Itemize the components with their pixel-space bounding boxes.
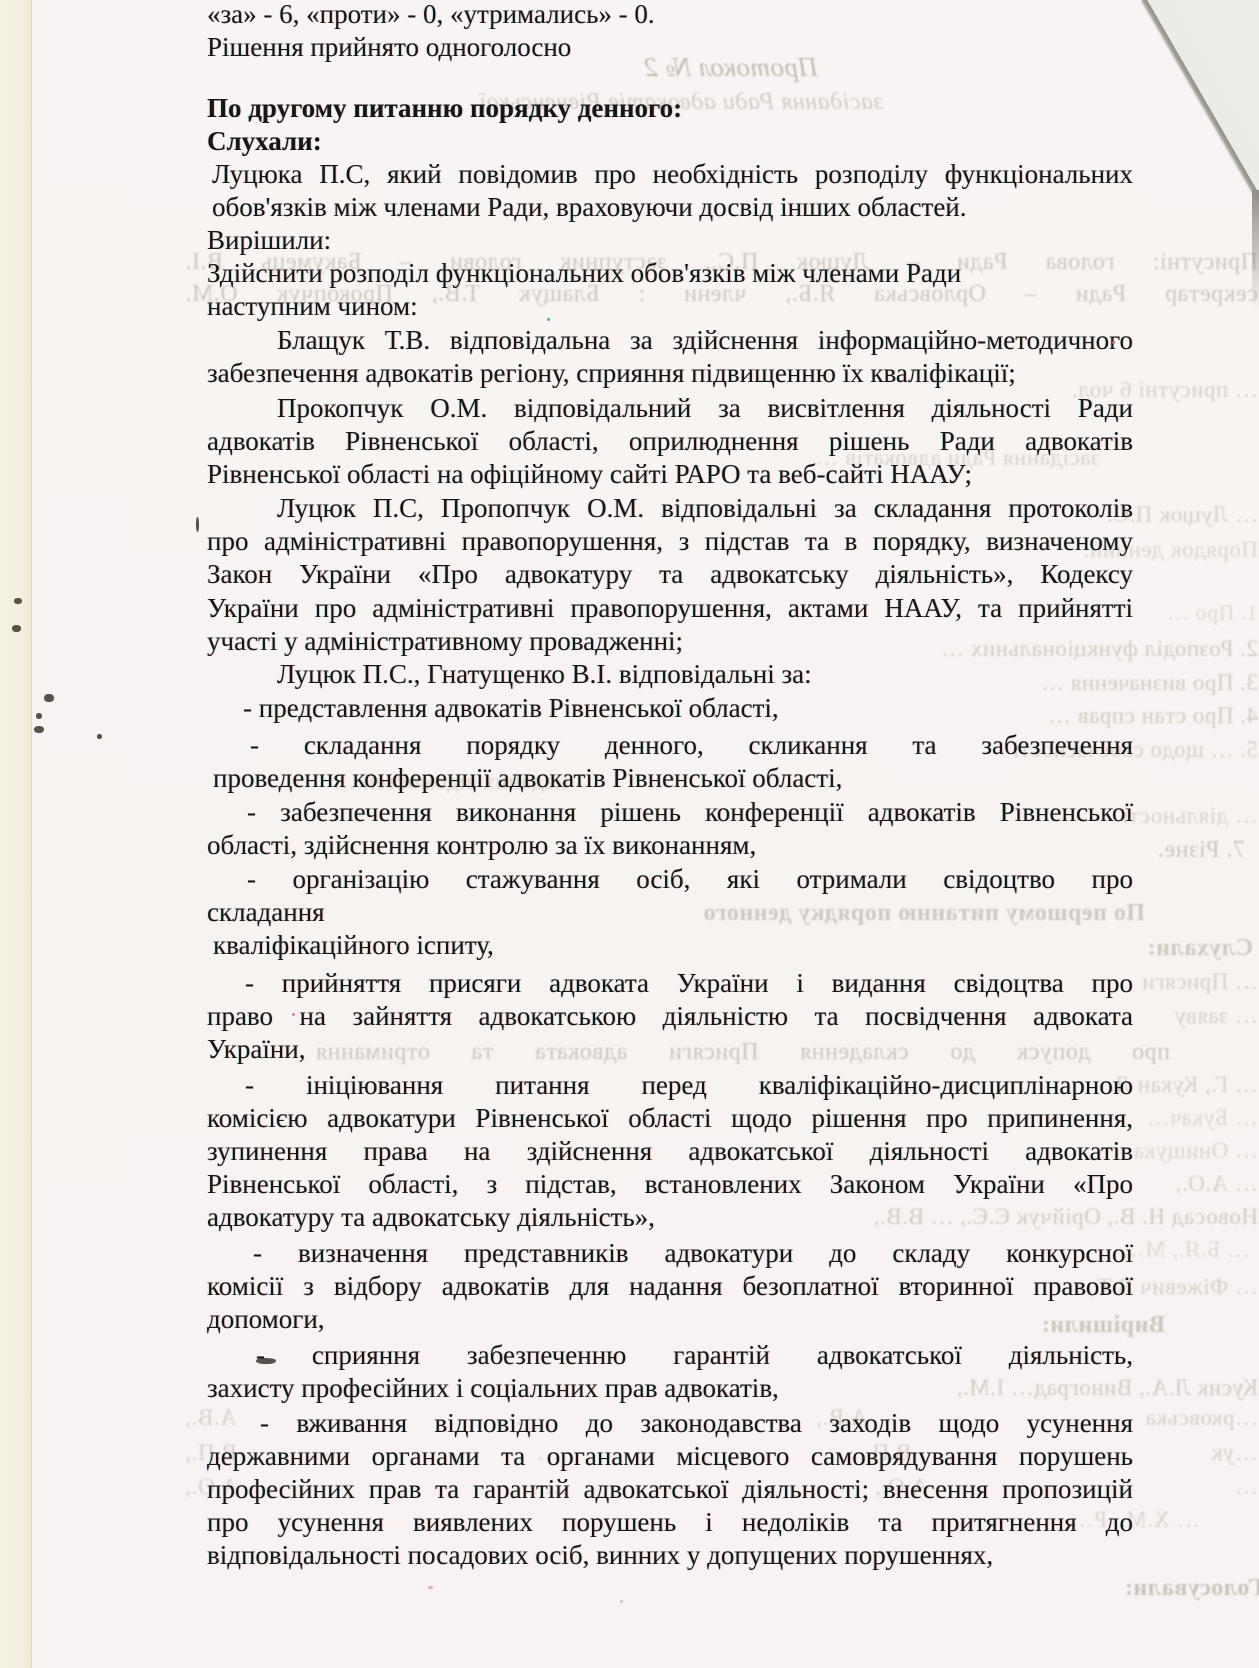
ink-speck <box>12 625 21 632</box>
text-line: Здійснити розподіл функціональних обов'я… <box>207 258 961 288</box>
bleed-through-text: Новосад Н. В., Орійчук Є.Є., … В.В., <box>900 1204 1258 1229</box>
text-line: області, здійснення контролю за їх викон… <box>207 830 756 860</box>
text-line: адвокатів Рівненської області, оприлюдне… <box>207 426 1133 456</box>
text-line: - прийняття присяги адвоката України і в… <box>245 968 1133 998</box>
bleed-through-text: 3. Про визначення … <box>880 670 1258 695</box>
bleed-through-text: про допуск до складення Присяги адвоката… <box>250 1039 1170 1065</box>
dust-dot <box>620 1600 623 1603</box>
text-line: - складання порядку денного, скликання т… <box>250 730 1133 760</box>
text-line: По другому питанню порядку денного: <box>207 93 682 123</box>
text-line: Луцюка П.С, який повідомив про необхідні… <box>212 159 1133 189</box>
dust-dot <box>1112 341 1115 344</box>
text-line: - ініціювання питання перед кваліфікацій… <box>245 1070 1133 1100</box>
ink-speck <box>14 598 22 604</box>
bleed-through-text: Голосували: <box>1058 1575 1259 1601</box>
text-line: - визначення представників адвокатури до… <box>253 1238 1133 1268</box>
text-line: складання <box>207 897 325 927</box>
text-line: Закон України «Про адвокатуру та адвокат… <box>207 559 1133 589</box>
ink-speck <box>256 1358 276 1364</box>
ink-speck <box>36 713 42 719</box>
dust-dot <box>547 318 550 321</box>
bleed-through-text: 4. Про стан справ … <box>880 703 1258 728</box>
bleed-through-text: 7. Різне. <box>1075 837 1245 863</box>
bleed-through-text: … Присяги <box>1120 969 1258 994</box>
text-line: «за» - 6, «проти» - 0, «утримались» - 0. <box>207 0 655 29</box>
text-line: комісії з відбору адвокатів для надання … <box>207 1271 1133 1301</box>
text-line: Прокопчук О.М. відповідальний за висвітл… <box>277 393 1133 423</box>
text-line: - забезпечення виконання рішень конферен… <box>247 797 1133 827</box>
text-line: - сприяння забезпеченню гарантій адвокат… <box>256 1340 1133 1370</box>
bleed-through-text: … заяву <box>1140 1003 1258 1028</box>
text-line: відповідальності посадових осіб, винних … <box>207 1540 993 1570</box>
text-line: проведення конференції адвокатів Рівненс… <box>213 763 842 793</box>
text-line: України, <box>207 1034 306 1064</box>
text-line: Слухали: <box>207 126 322 156</box>
text-line: Рішення прийнято одноголосно <box>207 32 571 62</box>
ink-speck <box>196 517 199 532</box>
text-line: про адміністративні правопорушення, з пі… <box>207 526 1133 556</box>
text-line: кваліфікаційного іспиту, <box>213 930 494 960</box>
text-line: професійних прав та гарантій адвокатсько… <box>207 1474 1133 1504</box>
text-line: захисту професійних і соціальних прав ад… <box>207 1373 779 1403</box>
text-line: наступним чином: <box>207 291 418 321</box>
text-line: адвокатуру та адвокатську діяльність», <box>207 1202 655 1232</box>
dust-dot <box>292 1013 295 1016</box>
bleed-through-text: Протокол № 2 <box>598 53 818 83</box>
bleed-through-text: Слухали: <box>1068 935 1253 961</box>
text-line: обов'язків між членами Ради, враховуючи … <box>212 192 967 222</box>
text-line: Блащук Т.В. відповідальна за здійснення … <box>277 325 1133 355</box>
text-line: України про адміністративні правопорушен… <box>207 593 1133 623</box>
dust-dot <box>428 1586 433 1589</box>
ink-speck <box>97 734 102 739</box>
text-line: допомоги, <box>207 1304 325 1334</box>
text-line: державними органами та органами місцевог… <box>207 1441 1133 1471</box>
text-line: про усунення виявлених порушень і недолі… <box>207 1507 1133 1537</box>
text-line: участі у адміністративному провадженні; <box>207 626 683 656</box>
text-line: - представлення адвокатів Рівненської об… <box>243 693 779 723</box>
scanned-document-page: Протокол № 2засідання Ради адвокатів Рів… <box>0 0 1259 1668</box>
text-line: Вирішили: <box>207 225 331 255</box>
text-line: Рівненської області, з підстав, встановл… <box>207 1169 1133 1199</box>
ink-speck <box>44 694 54 702</box>
text-line: - організацію стажування осіб, які отрим… <box>247 864 1133 894</box>
text-line: право на зайняття адвокатською діяльніст… <box>207 1001 1133 1031</box>
bleed-through-text: Вирішили: <box>985 1312 1165 1338</box>
ink-speck <box>34 726 44 733</box>
text-line: зупинення права на здійснення адвокатськ… <box>207 1136 1133 1166</box>
text-line: комісією адвокатури Рівненської області … <box>207 1103 1133 1133</box>
text-line: Луцюк П.С., Гнатущенко В.І. відповідальн… <box>277 659 812 689</box>
bleed-through-text: Кусик Л.А., Виноград… І.М., <box>895 1375 1258 1400</box>
text-line: Рівненської області на офіційному сайті … <box>207 459 972 489</box>
text-line: - вживання відповідно до законодавства з… <box>260 1408 1133 1438</box>
bleed-through-text: 2. Розподіл функціональних … <box>880 636 1258 661</box>
scanner-edge-strip <box>0 0 32 1668</box>
text-line: забезпечення адвокатів регіону, сприяння… <box>207 358 1016 388</box>
bleed-through-text: По першому питанню порядку денного <box>715 900 1145 926</box>
text-line: Луцюк П.С, Пропопчук О.М. відповідальні … <box>277 493 1133 523</box>
